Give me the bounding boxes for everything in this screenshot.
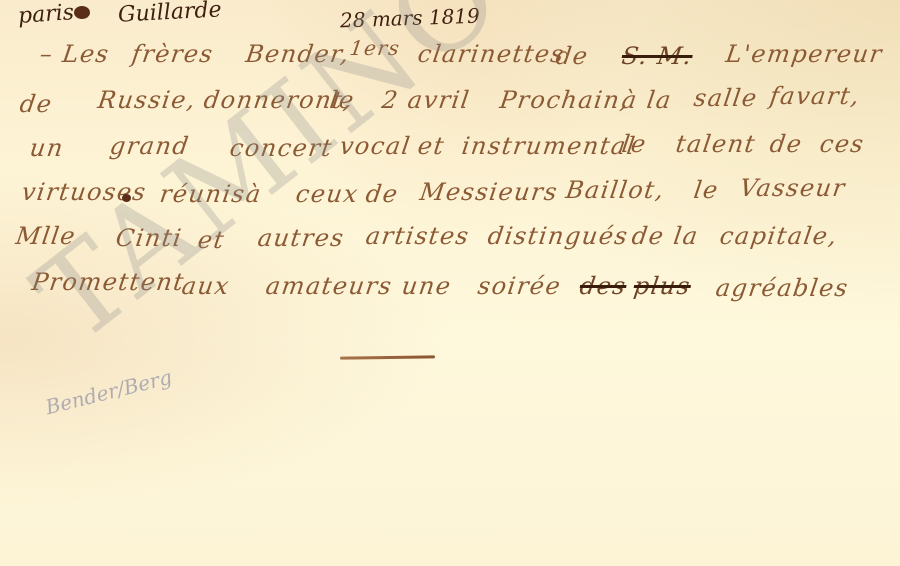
word: virtuoses bbox=[20, 178, 149, 206]
word: frères bbox=[130, 40, 215, 68]
word: de bbox=[768, 130, 805, 158]
word: une bbox=[400, 272, 454, 300]
word: amateurs bbox=[264, 272, 394, 300]
word: – Les bbox=[38, 40, 112, 68]
text-line-4: virtuoses réunis à ceux de Messieurs Bai… bbox=[0, 172, 900, 222]
word: vocal bbox=[338, 132, 413, 160]
word: Baillot, bbox=[564, 176, 667, 204]
ink-blot bbox=[122, 194, 131, 202]
text-line-3: un grand concert vocal et instrumental l… bbox=[0, 126, 900, 176]
word: Bender, bbox=[244, 40, 352, 68]
word: concert bbox=[228, 134, 335, 162]
word: soirée bbox=[476, 272, 563, 300]
word: 2 avril bbox=[380, 86, 472, 114]
word: de la bbox=[630, 222, 701, 250]
text-line-1: – Les frères Bender, 1ers clarinettes de… bbox=[0, 36, 900, 86]
word: instrumental bbox=[460, 132, 638, 160]
header-left-note: paris bbox=[17, 0, 75, 29]
word: distingués bbox=[486, 222, 630, 250]
struck-word: des bbox=[578, 272, 628, 300]
word: Cinti bbox=[114, 224, 184, 252]
word: 1ers bbox=[348, 36, 402, 60]
word: ceux bbox=[294, 180, 361, 208]
word: réunis bbox=[158, 180, 248, 208]
text-line-2: de Russie, donneront, le 2 avril Prochai… bbox=[0, 82, 900, 132]
word: le bbox=[620, 130, 649, 158]
word: L'empereur bbox=[724, 40, 885, 68]
word: Russie, bbox=[96, 86, 198, 114]
text-line-6: Promettent aux amateurs une soirée des p… bbox=[0, 262, 900, 312]
word: le bbox=[692, 176, 721, 204]
word: favart, bbox=[768, 82, 862, 110]
word: Vasseur bbox=[738, 174, 848, 202]
word: talent bbox=[674, 130, 758, 158]
word: aux bbox=[180, 272, 232, 300]
word: à la bbox=[620, 86, 674, 114]
word: artistes bbox=[364, 222, 472, 250]
struck-word: S. M. bbox=[620, 42, 694, 70]
word: Prochain, bbox=[498, 86, 631, 114]
word: autres bbox=[256, 224, 346, 252]
struck-word: plus bbox=[632, 272, 693, 300]
word: ces bbox=[818, 130, 866, 158]
text-line-5: Mlle Cinti et autres artistes distingués… bbox=[0, 216, 900, 266]
pencil-annotation: Bender/Berg bbox=[43, 365, 174, 420]
word: capitale, bbox=[718, 222, 840, 250]
word: grand bbox=[108, 132, 191, 160]
word: de bbox=[554, 42, 591, 70]
word: agréables bbox=[714, 274, 851, 302]
header-name: Guillarde bbox=[117, 0, 222, 28]
word: à bbox=[244, 180, 264, 208]
word: le bbox=[328, 86, 357, 114]
word: de bbox=[18, 90, 55, 118]
manuscript-page: paris Guillarde 28 mars 1819 – Les frère… bbox=[0, 0, 900, 566]
word: Messieurs bbox=[418, 178, 560, 206]
word: de bbox=[364, 180, 401, 208]
word: Mlle bbox=[14, 222, 78, 250]
header-date: 28 mars 1819 bbox=[340, 4, 481, 33]
word: et bbox=[416, 132, 447, 160]
word: un bbox=[28, 134, 66, 162]
word: Promettent bbox=[30, 268, 187, 296]
ink-blot bbox=[74, 6, 90, 19]
word: salle bbox=[692, 84, 760, 112]
word: et bbox=[196, 226, 227, 254]
closing-rule bbox=[340, 355, 435, 359]
word: clarinettes bbox=[416, 40, 566, 68]
